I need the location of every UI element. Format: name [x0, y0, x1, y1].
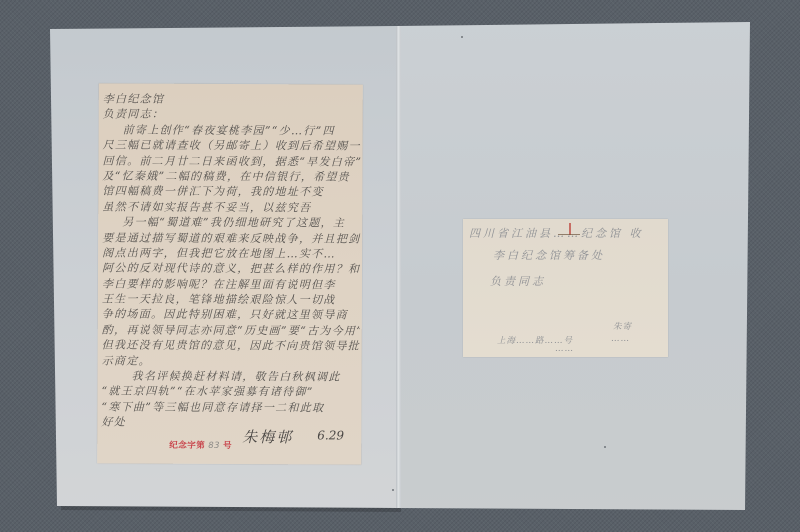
archive-stamp: 纪念字第83号 — [169, 439, 232, 451]
letter-line: 前寄上创作“春夜宴桃李园”“少…行”四 — [103, 122, 361, 139]
letter-line: 尺三幅已就请查收（另邮寄上）收到后希望赐一 — [103, 138, 361, 155]
envelope-sender-name: 朱寄 — [613, 320, 632, 332]
letter-line: 馆四幅稿费一併汇下为荷，我的地址不变 — [102, 184, 360, 201]
letter-line: 阿公的反对现代诗的意义，把甚么样的作用？和 — [102, 261, 360, 278]
letter-line: “寒下曲”等三幅也同意存请择一二和此取 — [101, 399, 359, 416]
envelope-sender-mark: …… — [611, 334, 630, 344]
handwritten-letter: 李白纪念馆 负责同志： 前寄上创作“春夜宴桃李园”“少…行”四 尺三幅已就请查收… — [97, 83, 363, 464]
stamp-number: 83 — [205, 441, 223, 451]
letter-addressee: 李白纪念馆 — [103, 91, 361, 108]
stamp-prefix: 纪念字第 — [169, 441, 205, 451]
envelope-recipient-org: 李白纪念馆筹备处 — [493, 247, 605, 263]
envelope-sender-address-note: …… — [555, 344, 574, 354]
letter-line: 但我还没有见贵馆的意见，因此不向贵馆领导批 — [102, 338, 360, 355]
envelope-recipient-person: 负责同志 — [490, 273, 546, 289]
letter-line: 阁点出两字，但我把它放在地图上…实不… — [102, 245, 360, 262]
letter-line: 及“忆秦娥”二幅的稿费，在中信银行，希望贵 — [102, 168, 360, 185]
letter-line: 酌，再说领导同志亦同意“历史画”要“古为今用” — [102, 322, 360, 339]
letter-salutation: 负责同志： — [103, 107, 361, 124]
letter-line: 争的场面。因此特别困难，只好就这里领导商 — [102, 307, 360, 324]
letter-line: 李白要样的影响呢？在注解里面有说明但李 — [102, 276, 360, 293]
dust-speck — [461, 36, 463, 38]
letter-line: 回信。前二月廿二日来函收到，据悉“早发白帝” — [102, 153, 360, 170]
stamp-suffix: 号 — [223, 441, 232, 451]
letter-line: 另一幅“蜀道难”我仍细地研究了这题，主 — [102, 215, 360, 232]
letter-line: 示商定。 — [102, 353, 360, 370]
envelope-recipient-address: 四川省江油县……纪念馆 收 — [469, 225, 644, 241]
album-spine — [396, 26, 401, 508]
letter-line: 我名评候换赶材料请，敬告白秋枫调此 — [102, 368, 360, 385]
dust-speck — [604, 446, 606, 448]
letter-line: 王生一天拉良，笔锋地描绘艰险惊人一切战 — [102, 292, 360, 309]
letter-line: “就王京四轨”“在水苹家强募有诸待御” — [101, 384, 359, 401]
envelope: 四川省江油县……纪念馆 收 李白纪念馆筹备处 负责同志 朱寄 上海……路……号 … — [463, 219, 668, 357]
dust-speck — [392, 489, 394, 491]
letter-line: 虽然不请如实报告甚不妥当，以兹究吾 — [102, 199, 360, 216]
letter-body: 李白纪念馆 负责同志： 前寄上创作“春夜宴桃李园”“少…行”四 尺三幅已就请查收… — [101, 91, 360, 431]
letter-signature: 朱梅邨 — [242, 426, 293, 447]
ink-arrow-mark — [558, 234, 580, 235]
letter-line: 要是通过描写蜀道的艰难来反映战争，并且把剑 — [102, 230, 360, 247]
letter-date: 6.29 — [317, 428, 344, 442]
